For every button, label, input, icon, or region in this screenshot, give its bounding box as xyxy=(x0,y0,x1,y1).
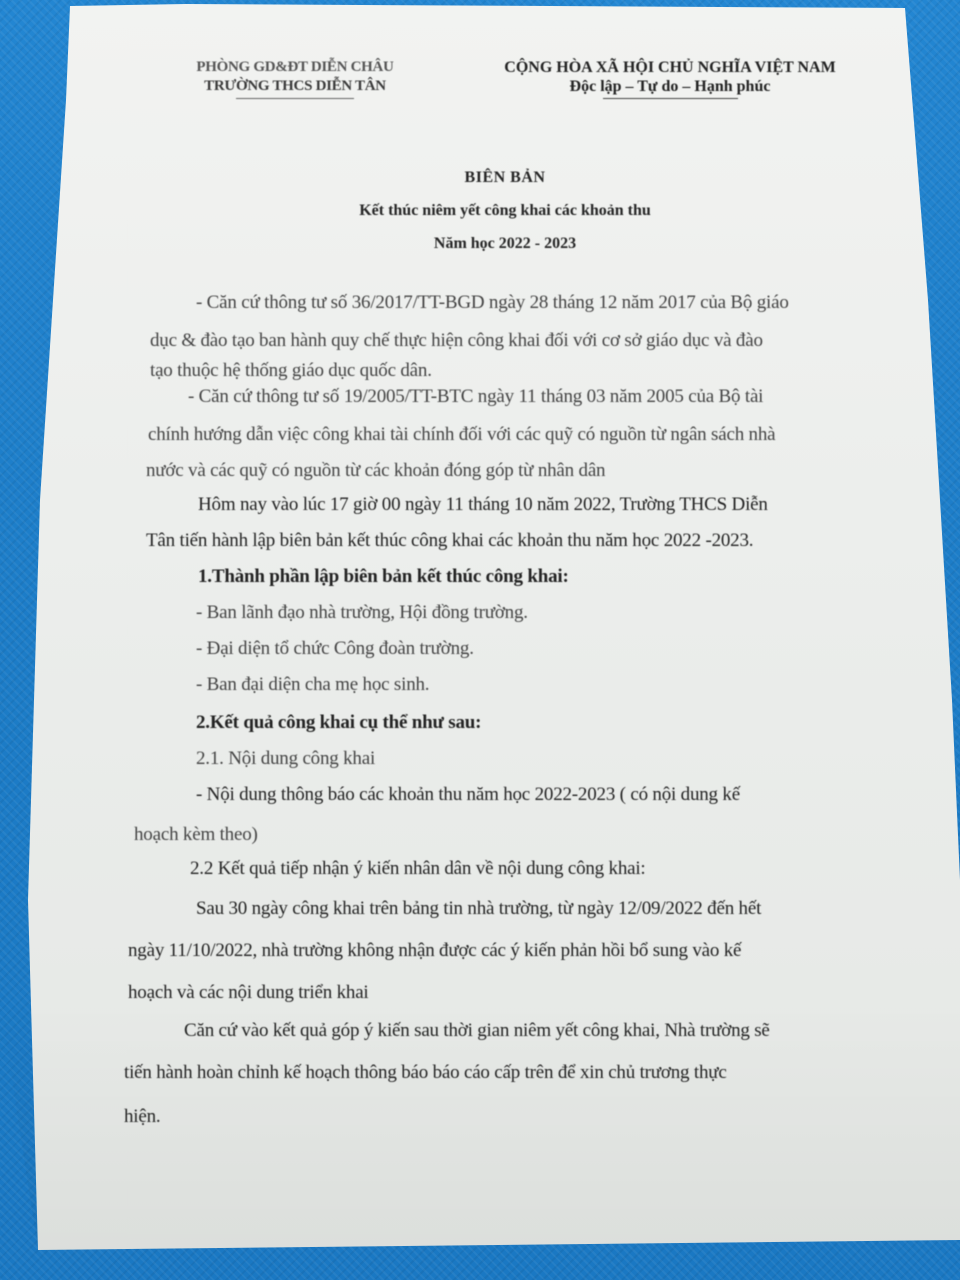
section2-2-line1: Sau 30 ngày công khai trên bảng tin nhà … xyxy=(196,898,761,920)
conclusion-line3: hiện. xyxy=(124,1106,160,1128)
section2-2-line3: hoạch và các nội dung triển khai xyxy=(128,982,369,1004)
title-main: BIÊN BẢN xyxy=(280,160,730,196)
school-underline xyxy=(236,98,354,99)
section2-1-heading: 2.1. Nội dung công khai xyxy=(196,748,375,770)
para1-line1: - Căn cứ thông tư số 36/2017/TT-BGD ngày… xyxy=(196,292,789,314)
motto-underline xyxy=(603,98,738,99)
para1-line2: dục & đào tạo ban hành quy chế thực hiện… xyxy=(150,330,763,352)
title-year: Năm học 2022 - 2023 xyxy=(280,226,730,262)
para2-line3: nước và các quỹ có nguồn từ các khoản đó… xyxy=(146,460,605,482)
document-title: BIÊN BẢN Kết thúc niêm yết công khai các… xyxy=(280,160,730,262)
department-name: PHÒNG GD&ĐT DIỄN CHÂU xyxy=(160,58,430,77)
para2-line2: chính hướng dẫn việc công khai tài chính… xyxy=(148,424,775,446)
section1-item: - Ban đại diện cha mẹ học sinh. xyxy=(196,674,429,696)
section2-1-line2: hoạch kèm theo) xyxy=(134,824,258,846)
para2-line1: - Căn cứ thông tư số 19/2005/TT-BTC ngày… xyxy=(188,386,763,408)
section1-heading: 1.Thành phần lập biên bản kết thúc công … xyxy=(198,566,569,588)
section2-1-line1: - Nội dung thông báo các khoản thu năm h… xyxy=(196,784,740,806)
document: PHÒNG GD&ĐT DIỄN CHÂU TRƯỜNG THCS DIỄN T… xyxy=(0,0,960,1280)
section2-2-line2: ngày 11/10/2022, nhà trường không nhận đ… xyxy=(128,940,741,962)
national-motto: Độc lập – Tự do – Hạnh phúc xyxy=(470,77,870,96)
section1-item: - Ban lãnh đạo nhà trường, Hội đồng trườ… xyxy=(196,602,528,624)
header-right: CỘNG HÒA XÃ HỘI CHỦ NGHĨA VIỆT NAM Độc l… xyxy=(470,58,870,99)
country-name: CỘNG HÒA XÃ HỘI CHỦ NGHĨA VIỆT NAM xyxy=(470,58,870,77)
conclusion-line2: tiến hành hoàn chỉnh kế hoạch thông báo … xyxy=(124,1062,727,1084)
header-left: PHÒNG GD&ĐT DIỄN CHÂU TRƯỜNG THCS DIỄN T… xyxy=(160,58,430,99)
para3-line2: Tân tiến hành lập biên bản kết thúc công… xyxy=(146,530,753,552)
section2-heading: 2.Kết quả công khai cụ thể như sau: xyxy=(196,712,481,734)
title-subtitle: Kết thúc niêm yết công khai các khoản th… xyxy=(280,196,730,226)
section2-2-heading: 2.2 Kết quả tiếp nhận ý kiến nhân dân về… xyxy=(190,858,646,880)
conclusion-line1: Căn cứ vào kết quả góp ý kiến sau thời g… xyxy=(184,1020,770,1042)
section1-item: - Đại diện tổ chức Công đoàn trường. xyxy=(196,638,474,660)
school-name: TRƯỜNG THCS DIỄN TÂN xyxy=(160,77,430,96)
para3-line1: Hôm nay vào lúc 17 giờ 00 ngày 11 tháng … xyxy=(198,494,768,516)
para1-line3: tạo thuộc hệ thống giáo dục quốc dân. xyxy=(150,360,432,382)
